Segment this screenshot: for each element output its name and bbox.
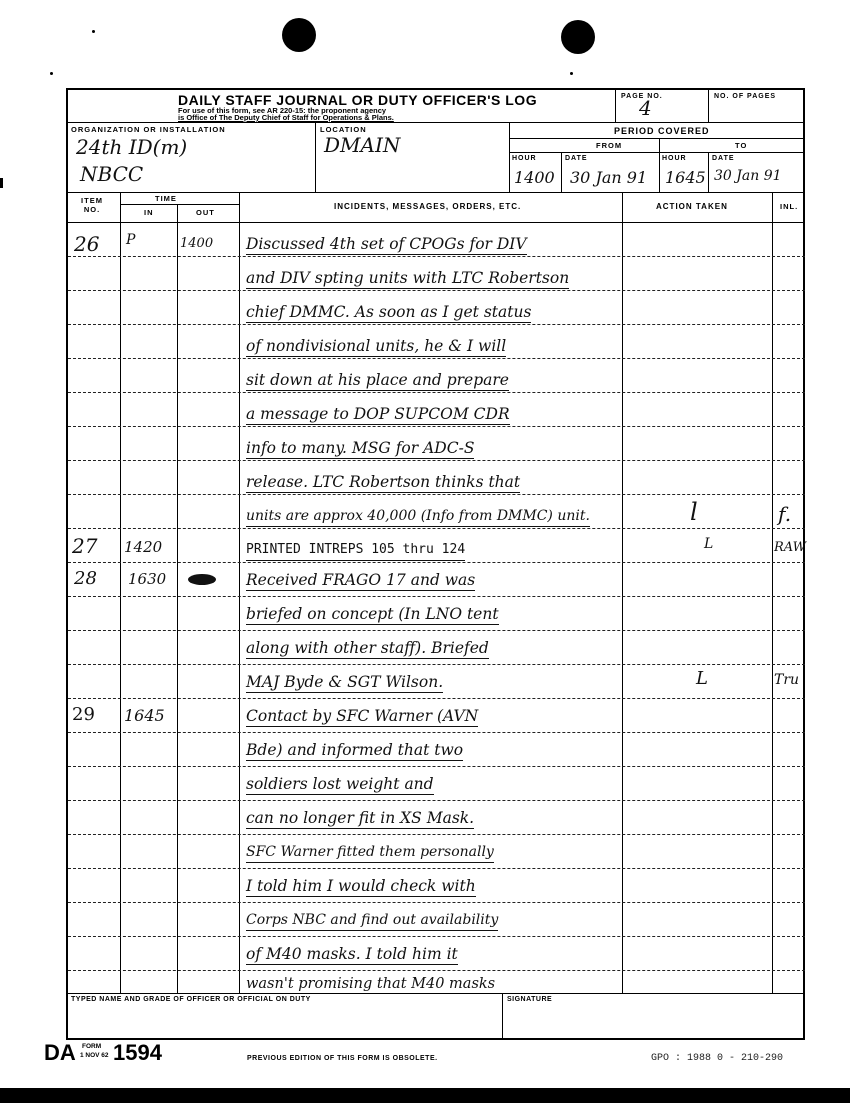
form-subtitle-2: is Office of The Deputy Chief of Staff f… [178, 114, 394, 122]
divider [502, 993, 503, 1040]
entry-line[interactable]: Bde) and informed that two [246, 740, 463, 761]
entry-action-taken[interactable]: l [690, 498, 698, 526]
entry-line[interactable]: Discussed 4th set of CPOGs for DIV [246, 234, 527, 255]
divider [68, 192, 805, 193]
divider [509, 152, 805, 153]
entry-line[interactable]: can no longer fit in XS Mask. [246, 808, 474, 829]
entry-line[interactable]: briefed on concept (In LNO tent [246, 604, 499, 625]
col-header-time-in: IN [144, 208, 154, 217]
scan-speck [50, 72, 53, 75]
entry-item-no[interactable]: 27 [72, 534, 97, 558]
previous-edition-note: PREVIOUS EDITION OF THIS FORM IS OBSOLET… [247, 1055, 438, 1062]
col-header-time: TIME [155, 194, 177, 203]
entry-line[interactable]: SFC Warner fitted them personally [246, 842, 494, 863]
entry-line[interactable]: and DIV spting units with LTC Robertson [246, 268, 569, 289]
no-of-pages-field[interactable] [714, 104, 799, 120]
entry-line[interactable]: Received FRAGO 17 and was [246, 570, 475, 591]
entry-time-out-scribble [188, 574, 216, 585]
location-value[interactable]: DMAIN [324, 133, 400, 157]
entry-line[interactable]: units are approx 40,000 (Info from DMMC)… [246, 506, 590, 527]
punch-hole-right [561, 20, 595, 54]
organization-label: ORGANIZATION OR INSTALLATION [71, 125, 226, 134]
typed-name-label: TYPED NAME AND GRADE OF OFFICER OR OFFIC… [71, 996, 311, 1003]
entry-time-in[interactable]: P [126, 232, 135, 248]
entry-time-in[interactable]: 1630 [128, 570, 166, 588]
entry-line[interactable]: a message to DOP SUPCOM CDR [246, 404, 510, 425]
daily-staff-journal-form: DAILY STAFF JOURNAL OR DUTY OFFICER'S LO… [66, 88, 805, 1040]
col-divider-incidents [622, 192, 623, 993]
to-hour-value[interactable]: 1645 [665, 168, 706, 187]
entry-line[interactable]: chief DMMC. As soon as I get status [246, 302, 531, 323]
form-number: 1594 [113, 1040, 162, 1066]
entry-line[interactable]: Contact by SFC Warner (AVN [246, 706, 478, 727]
divider [708, 152, 709, 192]
entry-line[interactable]: soldiers lost weight and [246, 774, 434, 795]
scan-bottom-edge [0, 1088, 850, 1103]
col-divider-item [120, 192, 121, 993]
col-divider-in [177, 204, 178, 993]
no-of-pages-label: NO. OF PAGES [714, 93, 776, 100]
entry-time-in[interactable]: 1420 [124, 538, 162, 556]
signature-field[interactable] [507, 1007, 797, 1035]
period-covered-label: PERIOD COVERED [614, 126, 710, 136]
organization-line-1[interactable]: 24th ID(m) [76, 135, 187, 159]
entry-initials[interactable]: Tru [774, 672, 799, 688]
entry-time-out[interactable]: 1400 [180, 236, 213, 251]
entry-action-taken[interactable]: L [704, 536, 713, 552]
divider [615, 90, 616, 122]
from-date-value[interactable]: 30 Jan 91 [570, 168, 647, 187]
organization-line-2[interactable]: NBCC [80, 162, 143, 186]
divider [509, 122, 510, 192]
col-header-time-out: OUT [196, 208, 215, 217]
typed-name-field[interactable] [71, 1007, 496, 1035]
from-hour-value[interactable]: 1400 [514, 168, 555, 187]
to-date-value[interactable]: 30 Jan 91 [714, 168, 782, 184]
col-header-item-no: ITEM NO. [78, 196, 106, 214]
entry-line[interactable]: release. LTC Robertson thinks that [246, 472, 520, 493]
col-header-initials: INL. [780, 202, 798, 211]
to-date-label: DATE [712, 155, 735, 162]
scan-speck [92, 30, 95, 33]
entry-line[interactable]: sit down at his place and prepare [246, 370, 509, 391]
divider [68, 122, 805, 123]
entry-line[interactable]: PRINTED INTREPS 105 thru 124 [246, 540, 465, 561]
divider [509, 138, 805, 139]
entry-line[interactable]: info to many. MSG for ADC-S [246, 438, 474, 459]
entry-item-no[interactable]: 29 [72, 704, 95, 725]
punch-hole-left [282, 18, 316, 52]
col-header-incidents: INCIDENTS, MESSAGES, ORDERS, ETC. [334, 202, 521, 211]
divider [708, 90, 709, 122]
entry-initials[interactable]: RAW [774, 540, 806, 555]
form-date: 1 NOV 62 [80, 1052, 109, 1059]
gpo-printing-code: GPO : 1988 0 - 210-290 [651, 1053, 783, 1064]
from-label: FROM [596, 141, 622, 150]
scan-speck [570, 72, 573, 75]
col-header-action-taken: ACTION TAKEN [656, 202, 728, 211]
entry-initials[interactable]: f. [778, 502, 791, 526]
divider [659, 138, 660, 192]
col-divider-action [772, 192, 773, 993]
divider [561, 152, 562, 192]
divider [315, 122, 316, 192]
entry-line[interactable]: of M40 masks. I told him it [246, 944, 458, 965]
entry-time-in[interactable]: 1645 [124, 706, 165, 725]
form-agency: DA [44, 1040, 76, 1066]
entry-line[interactable]: Corps NBC and find out availability [246, 910, 498, 931]
from-date-label: DATE [565, 155, 588, 162]
entry-line[interactable]: I told him I would check with [246, 876, 476, 897]
scan-edge-mark [0, 178, 3, 188]
from-hour-label: HOUR [512, 155, 537, 162]
entry-line[interactable]: of nondivisional units, he & I will [246, 336, 506, 357]
to-label: TO [735, 141, 747, 150]
divider [68, 222, 805, 223]
divider [68, 993, 805, 994]
to-hour-label: HOUR [662, 155, 687, 162]
signature-label: SIGNATURE [507, 996, 552, 1003]
page-no-value[interactable]: 4 [639, 96, 652, 120]
form-word: FORM [82, 1043, 101, 1050]
entry-action-taken[interactable]: L [696, 668, 708, 689]
entry-item-no[interactable]: 28 [74, 568, 97, 589]
col-divider-out [239, 192, 240, 993]
entry-item-no[interactable]: 26 [74, 232, 99, 256]
entry-line[interactable]: MAJ Byde & SGT Wilson. [246, 672, 443, 693]
entry-line[interactable]: wasn't promising that M40 masks [246, 974, 495, 994]
divider [120, 204, 239, 205]
entry-line[interactable]: along with other staff). Briefed [246, 638, 489, 659]
